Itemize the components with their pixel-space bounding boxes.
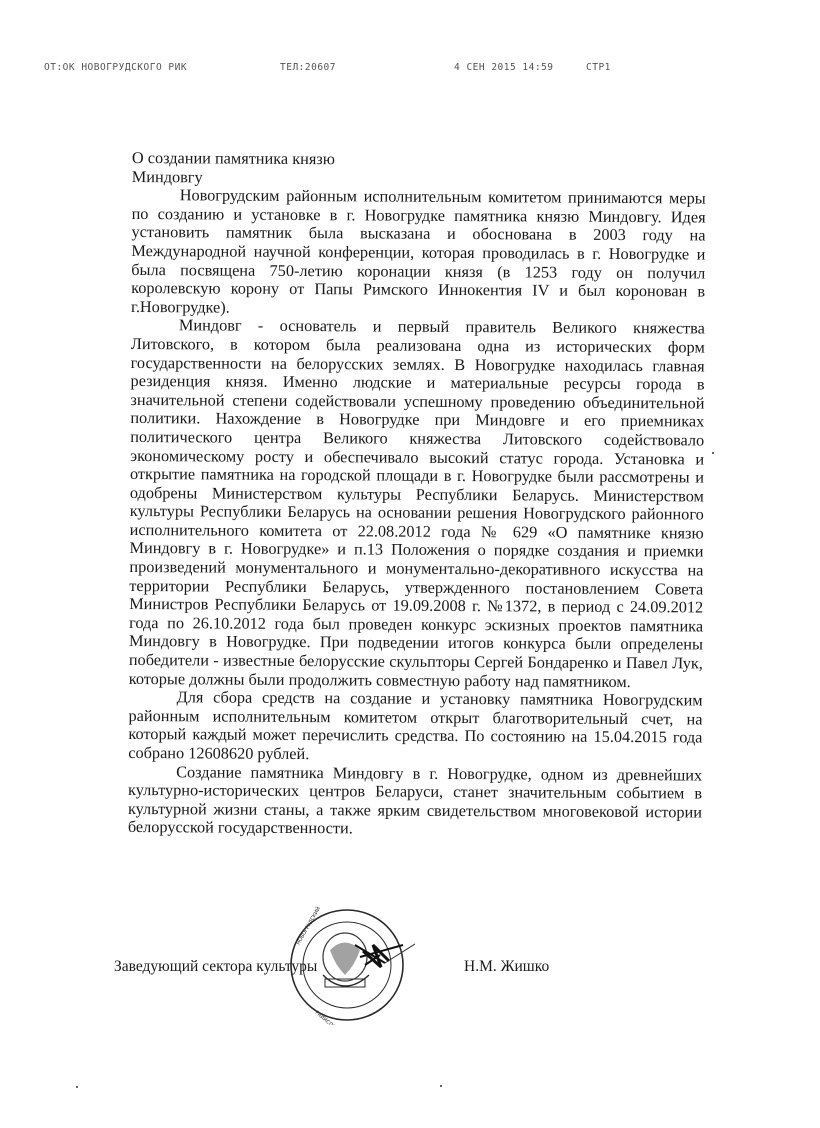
svg-text:НОВОГРУДСКИЙ: НОВОГРУДСКИЙ (295, 905, 322, 946)
title-line-2: Миндовгу (132, 167, 203, 186)
fax-timestamp: 4 СЕН 2015 14:59 (454, 62, 554, 73)
paragraph-history: Миндовг - основатель и первый правитель … (129, 316, 705, 691)
paragraph-conclusion: Создание памятника Миндовгу в г. Новогру… (128, 763, 702, 841)
signature-block: Заведующий сектора культуры Н.М. Жишко (114, 958, 674, 980)
fax-sender: ОТ:ОК НОВОГРУДСКОГО РИК (44, 62, 187, 73)
fax-page-number: СТР1 (586, 62, 611, 73)
scan-speck (76, 1086, 78, 1088)
svg-text:РАЙИСПОЛКОМ: РАЙИСПОЛКОМ (314, 1009, 350, 1025)
scan-speck (712, 452, 714, 454)
paragraph-fundraising: Для сбора средств на создание и установк… (128, 688, 702, 766)
fax-phone: ТЕЛ:20607 (280, 62, 336, 73)
signatory-role: Заведующий сектора культуры (114, 958, 317, 976)
signatory-name: Н.М. Жишко (464, 958, 549, 976)
fax-header: ОТ:ОК НОВОГРУДСКОГО РИК ТЕЛ:20607 4 СЕН … (44, 62, 604, 76)
title-line-1: О создании памятника князю (132, 148, 335, 168)
document-title: О создании памятника князю Миндовгу (132, 149, 706, 190)
paragraph-intro: Новогрудским районным исполнительным ком… (131, 186, 706, 320)
scan-speck (440, 1085, 442, 1087)
document-body: О создании памятника князю Миндовгу Ново… (128, 149, 706, 840)
